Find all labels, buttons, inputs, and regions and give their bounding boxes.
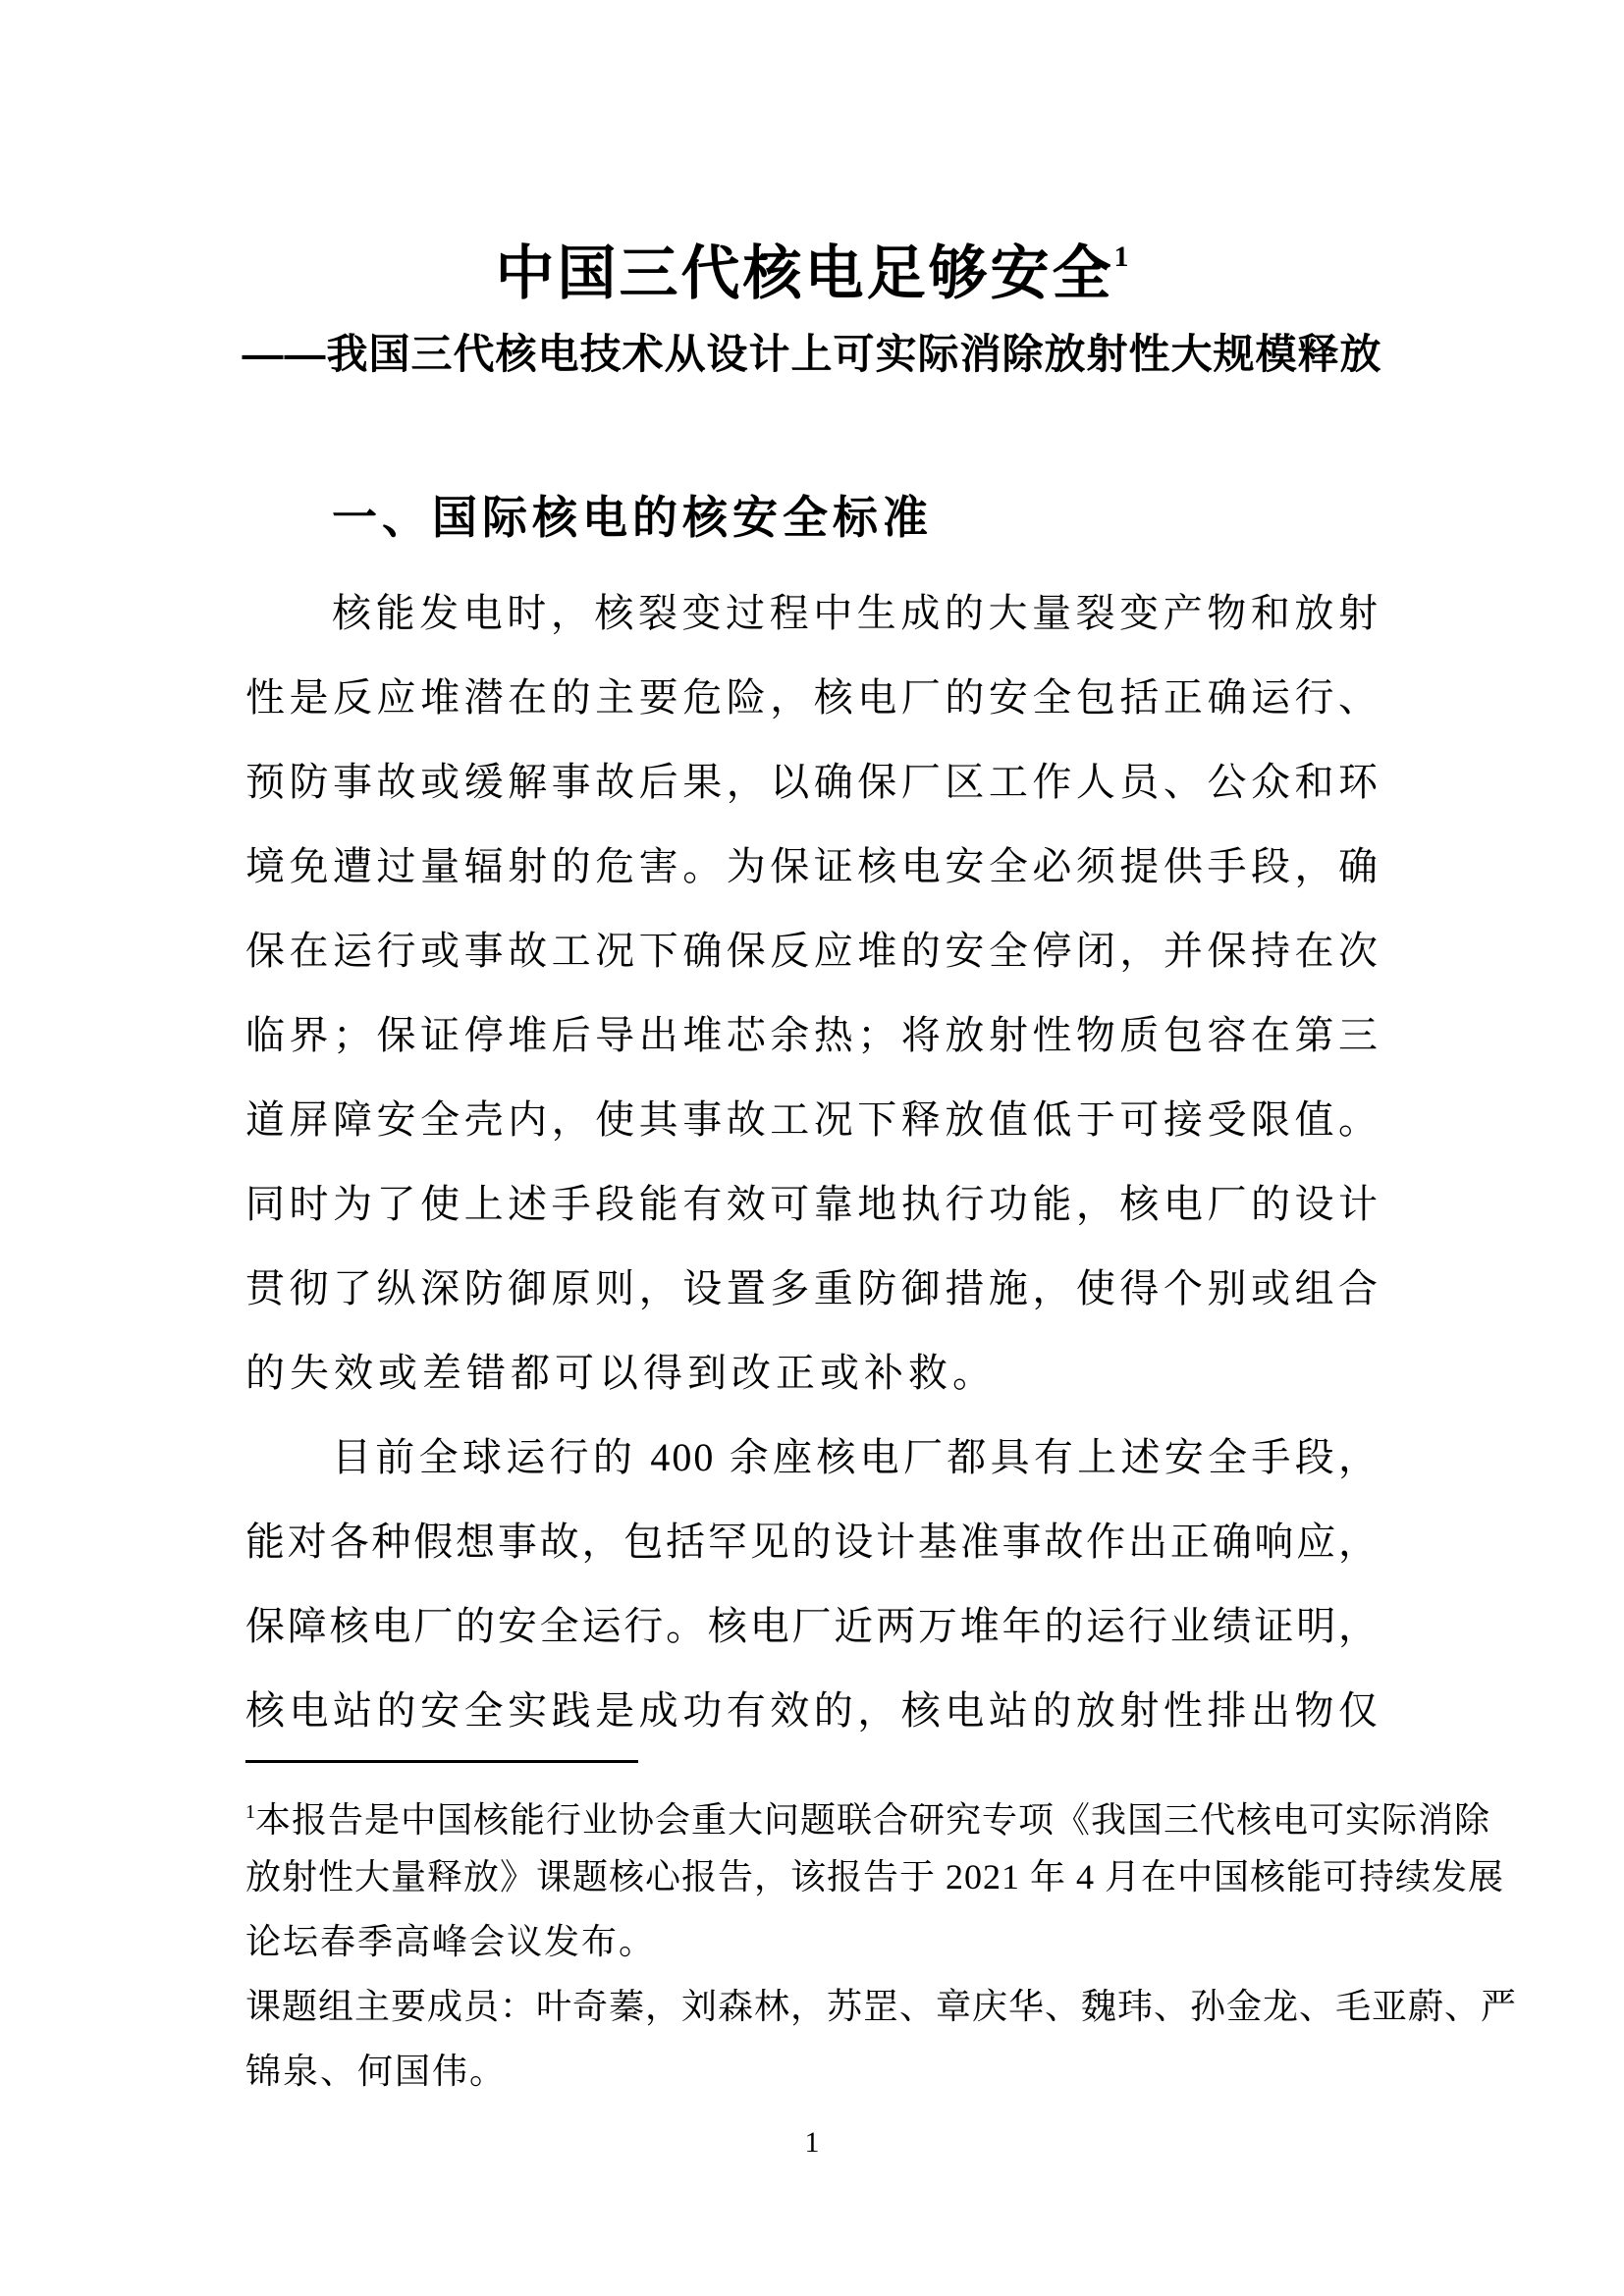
footnote-line: 1本报告是中国核能行业协会重大问题联合研究专项《我国三代核电可实际消除 <box>245 1780 1380 1844</box>
document-title-text: 中国三代核电足够安全 <box>496 241 1114 306</box>
footnote-separator <box>245 1760 638 1763</box>
footnote-marker: 1 <box>245 1801 255 1823</box>
body-line: 的失效或差错都可以得到改正或补救。 <box>245 1331 1380 1415</box>
body-line: 贯彻了纵深防御原则，设置多重防御措施，使得个别或组合 <box>245 1247 1380 1331</box>
page-number: 1 <box>0 2123 1624 2163</box>
footnotes: 1本报告是中国核能行业协会重大问题联合研究专项《我国三代核电可实际消除 放射性大… <box>245 1780 1380 2104</box>
body-line: 预防事故或缓解事故后果，以确保厂区工作人员、公众和环 <box>245 740 1380 825</box>
body-line: 保障核电厂的安全运行。核电厂近两万堆年的运行业绩证明， <box>245 1584 1380 1669</box>
document-subtitle: ——我国三代核电技术从设计上可实际消除放射性大规模释放 <box>0 324 1624 385</box>
body-line: 境免遭过量辐射的危害。为保证核电安全必须提供手段，确 <box>245 825 1380 909</box>
footnote-line: 课题组主要成员：叶奇蓁，刘森林，苏罡、章庆华、魏玮、孙金龙、毛亚蔚、严 <box>245 1974 1380 2039</box>
body-line: 核能发电时，核裂变过程中生成的大量裂变产物和放射 <box>245 571 1380 656</box>
title-footnote-ref: 1 <box>1114 240 1129 273</box>
footnote-text: 本报告是中国核能行业协会重大问题联合研究专项《我国三代核电可实际消除 <box>255 1800 1490 1840</box>
body-line: 目前全球运行的 400 余座核电厂都具有上述安全手段， <box>245 1415 1380 1500</box>
footnote-line: 论坛春季高峰会议发布。 <box>245 1909 1380 1974</box>
body-line: 能对各种假想事故，包括罕见的设计基准事故作出正确响应， <box>245 1500 1380 1584</box>
section-heading: 一、国际核电的核安全标准 <box>332 485 933 550</box>
footnote-line: 锦泉、何国伟。 <box>245 2039 1380 2104</box>
body-line: 同时为了使上述手段能有效可靠地执行功能，核电厂的设计 <box>245 1162 1380 1247</box>
document-title: 中国三代核电足够安全1 <box>0 216 1624 315</box>
body-line: 道屏障安全壳内，使其事故工况下释放值低于可接受限值。 <box>245 1078 1380 1162</box>
body-line: 性是反应堆潜在的主要危险，核电厂的安全包括正确运行、 <box>245 656 1380 740</box>
footnote-line: 放射性大量释放》课题核心报告，该报告于 2021 年 4 月在中国核能可持续发展 <box>245 1844 1380 1909</box>
document-page: 中国三代核电足够安全1 ——我国三代核电技术从设计上可实际消除放射性大规模释放 … <box>0 0 1624 2296</box>
body-line: 核电站的安全实践是成功有效的，核电站的放射性排出物仅 <box>245 1669 1380 1753</box>
body-line: 临界；保证停堆后导出堆芯余热；将放射性物质包容在第三 <box>245 993 1380 1078</box>
body-text: 核能发电时，核裂变过程中生成的大量裂变产物和放射 性是反应堆潜在的主要危险，核电… <box>245 571 1380 1753</box>
body-line: 保在运行或事故工况下确保反应堆的安全停闭，并保持在次 <box>245 909 1380 993</box>
